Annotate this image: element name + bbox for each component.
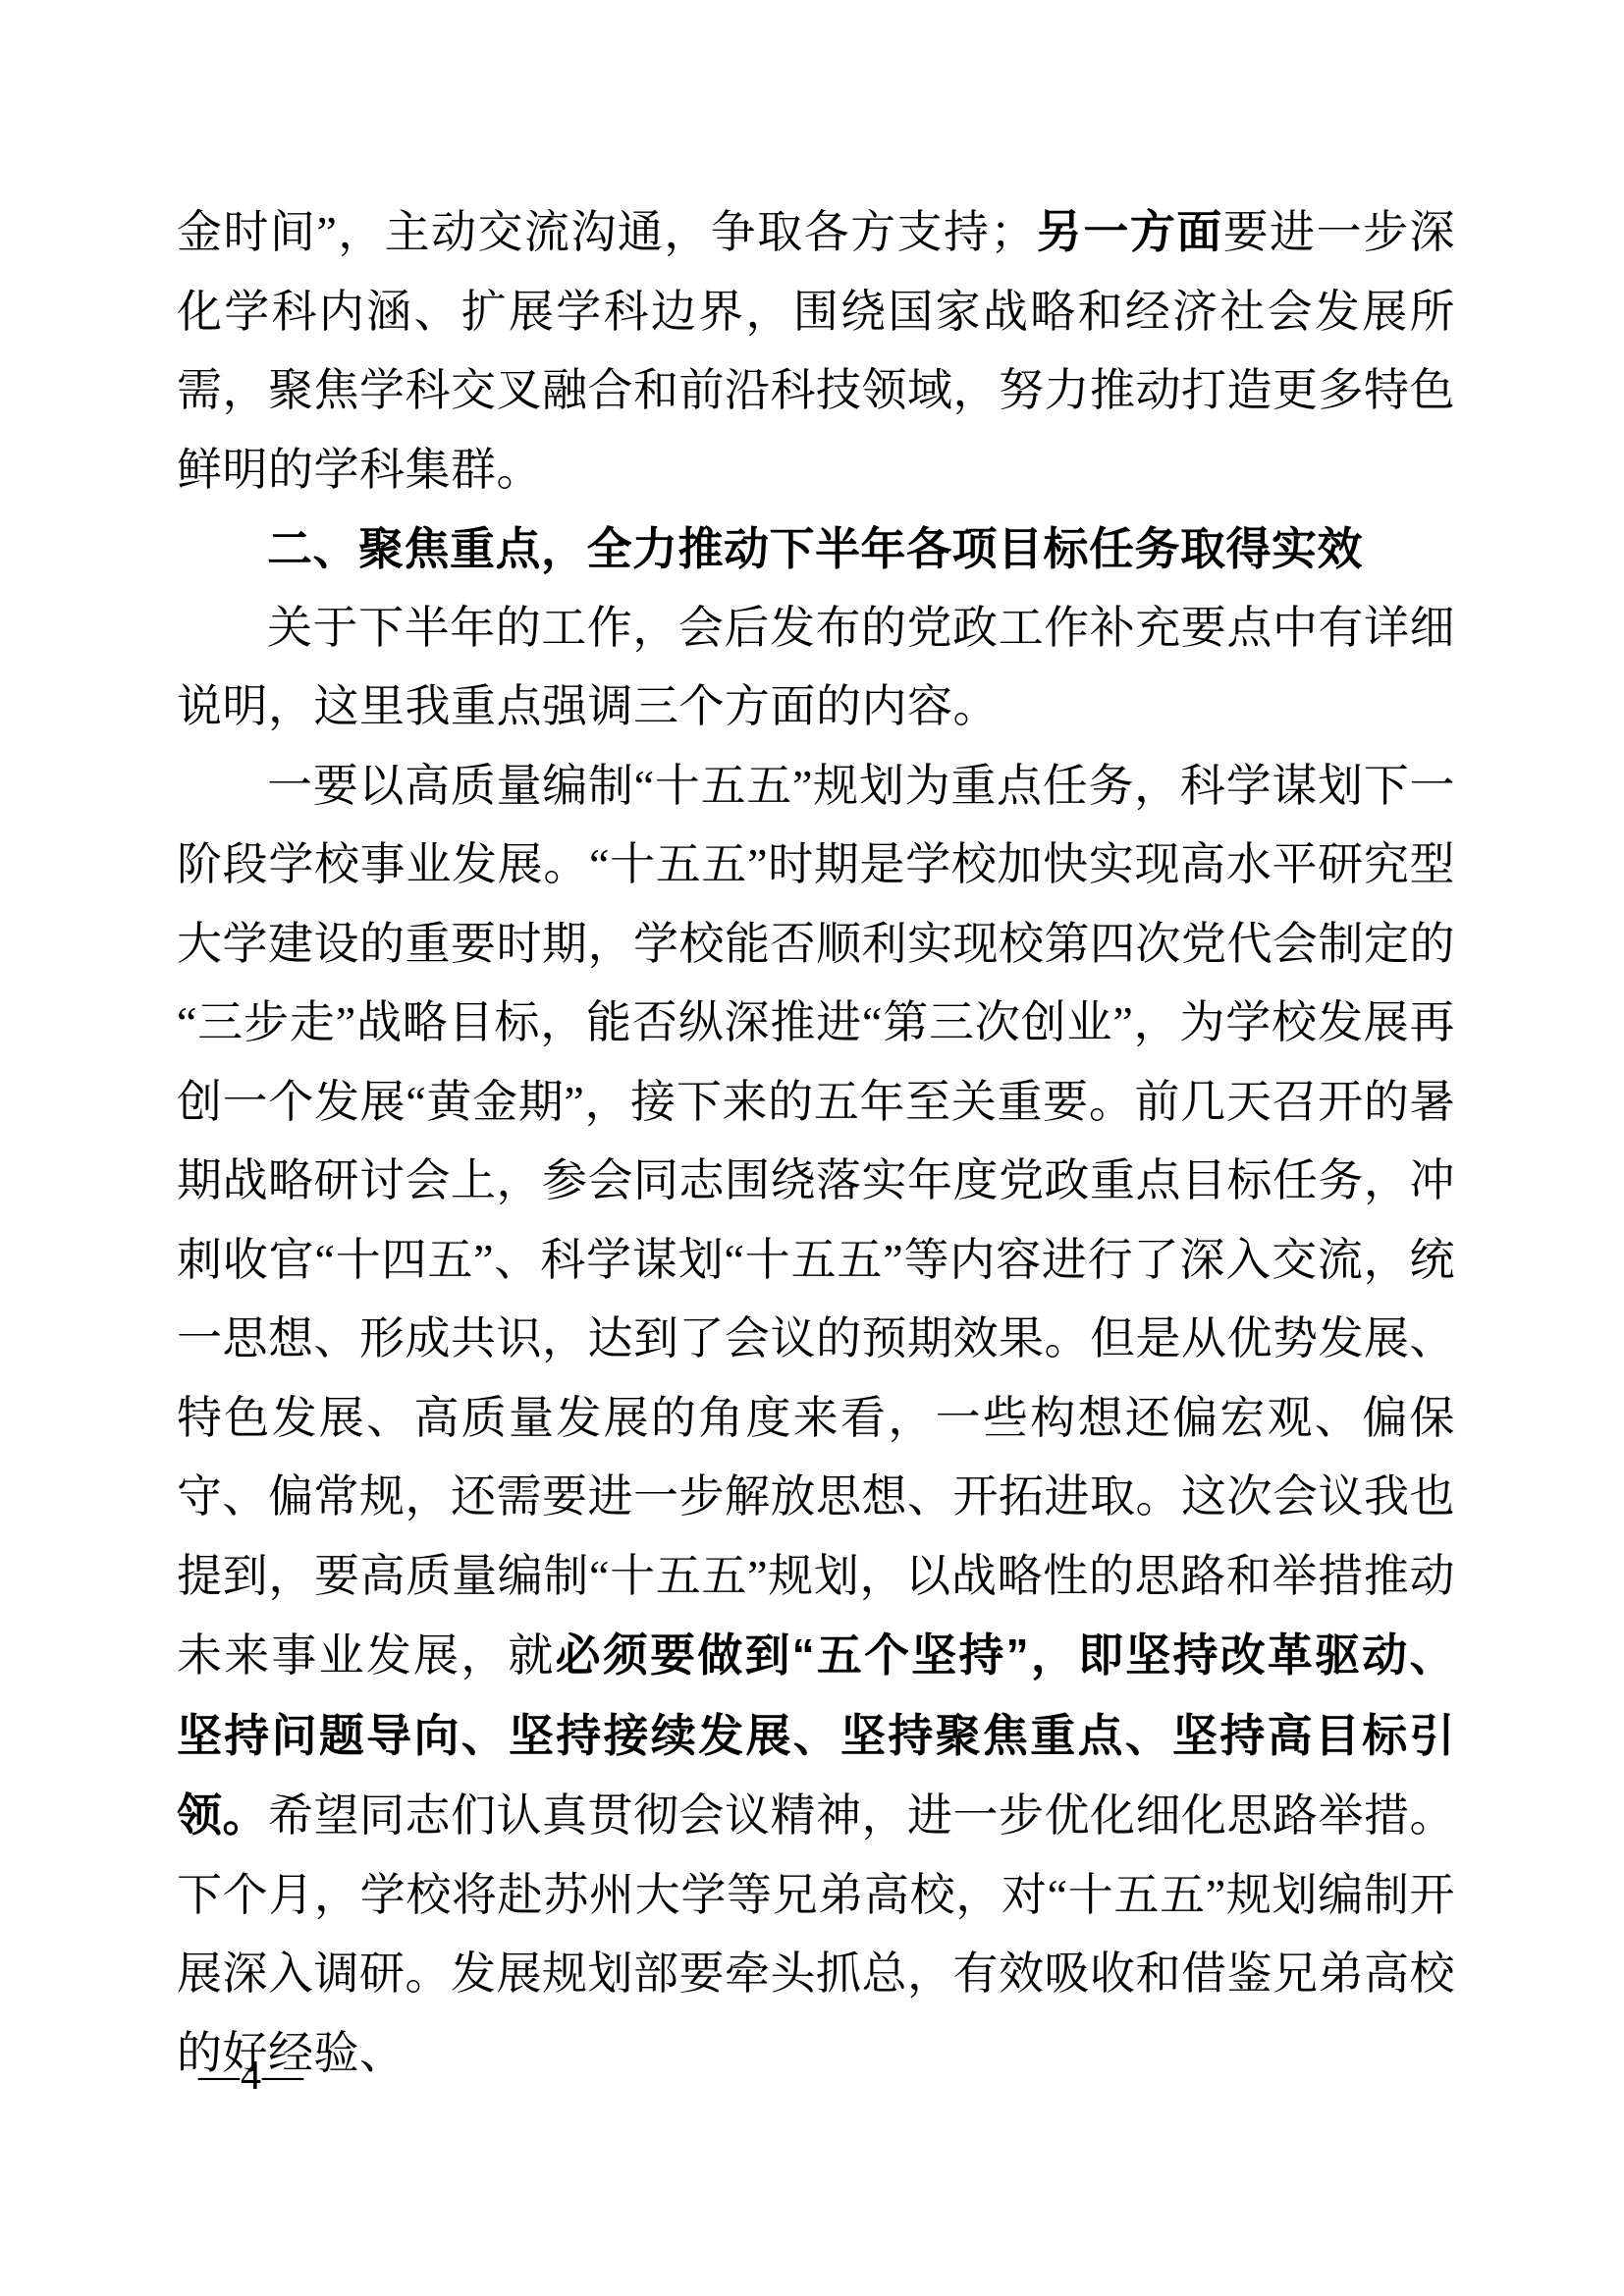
- body-text: 希望同志们认真贯彻会议精神，进一步优化细化思路举措。下个月，学校将赴苏州大学等兄…: [177, 1790, 1455, 2078]
- paragraph-first-point: 一要以高质量编制“十五五”规划为重点任务，科学谋划下一阶段学校事业发展。“十五五…: [177, 747, 1455, 2094]
- paragraph-overview: 关于下半年的工作，会后发布的党政工作补充要点中有详细说明，这里我重点强调三个方面…: [177, 589, 1455, 747]
- body-text: 金时间”，主动交流沟通，争取各方支持；: [177, 207, 1036, 257]
- emphasis-text: 二、聚焦重点，全力推动下半年各项目标任务取得实效: [267, 523, 1363, 574]
- paragraph-continuation: 金时间”，主动交流沟通，争取各方支持；另一方面要进一步深化学科内涵、扩展学科边界…: [177, 192, 1455, 509]
- page-number: —4—: [198, 2052, 304, 2101]
- body-text: 关于下半年的工作，会后发布的党政工作补充要点中有详细说明，这里我重点强调三个方面…: [177, 603, 1455, 732]
- emphasis-text: 另一方面: [1036, 206, 1223, 257]
- body-text: 一要以高质量编制“十五五”规划为重点任务，科学谋划下一阶段学校事业发展。“十五五…: [177, 761, 1455, 1682]
- document-page: 金时间”，主动交流沟通，争取各方支持；另一方面要进一步深化学科内涵、扩展学科边界…: [0, 0, 1624, 2296]
- document-body: 金时间”，主动交流沟通，争取各方支持；另一方面要进一步深化学科内涵、扩展学科边界…: [177, 192, 1455, 2093]
- section-heading: 二、聚焦重点，全力推动下半年各项目标任务取得实效: [177, 509, 1455, 589]
